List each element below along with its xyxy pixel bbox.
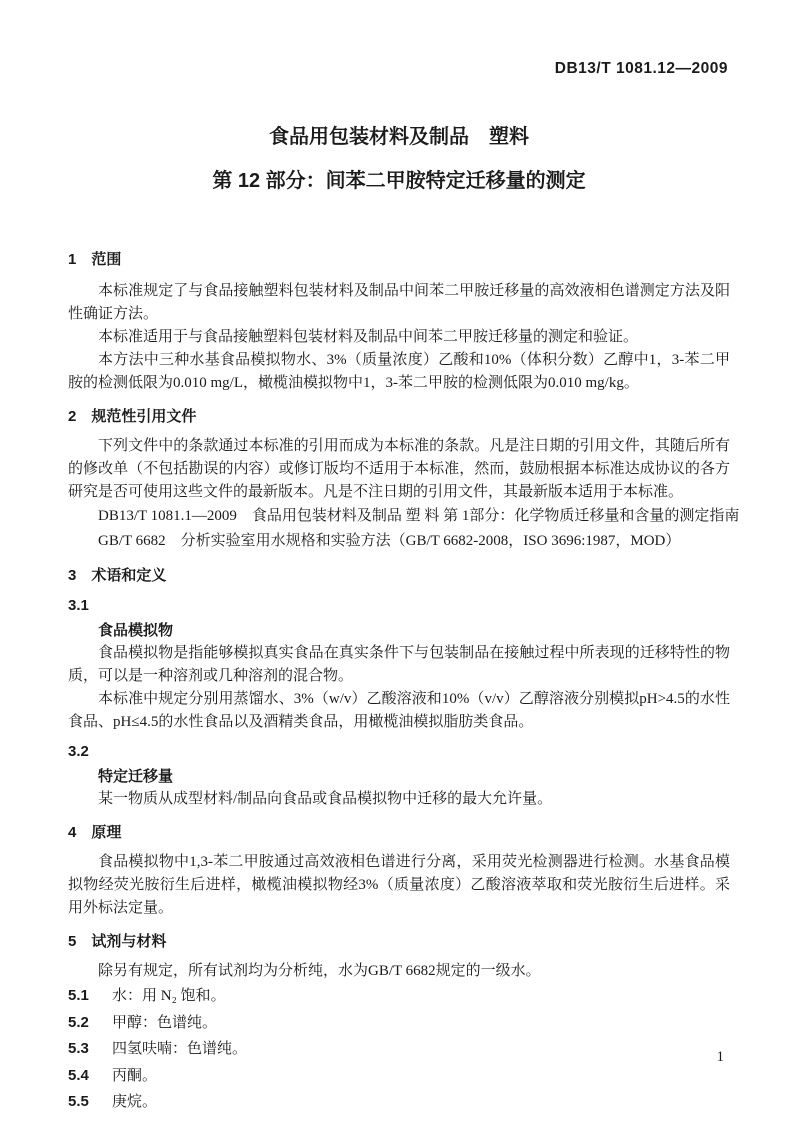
clause-item: 5.5庚烷。: [68, 1089, 730, 1116]
page-number: 1: [717, 1049, 725, 1066]
term-number: 3.1: [68, 594, 730, 617]
section-5-intro: 除另有规定，所有试剂均为分析纯，水为GB/T 6682规定的一级水。: [68, 960, 730, 983]
term-name: 特定迁移量: [68, 765, 730, 788]
term-definition: 某一物质从成型材料/制品向食品或食品模拟物中迁移的最大允许量。: [68, 788, 730, 811]
title-line-2: 第 12 部分：间苯二甲胺特定迁移量的测定: [0, 166, 798, 196]
section-2-heading: 2 规范性引用文件: [68, 405, 730, 429]
section-5-heading: 5 试剂与材料: [68, 930, 730, 954]
clause-item: 5.3四氢呋喃：色谱纯。: [68, 1036, 730, 1063]
section-1-paragraph: 本标准适用于与食品接触塑料包装材料及制品中间苯二甲胺迁移量的测定和验证。: [68, 326, 730, 349]
reference-item: GB/T 6682 分析实验室用水规格和实验方法（GB/T 6682-2008，…: [68, 529, 730, 554]
term-paragraph: 食品模拟物是指能够模拟真实食品在真实条件下与包装制品在接触过程中所表现的迁移特性…: [68, 642, 730, 688]
clause-number: 5.1: [68, 983, 112, 1009]
section-4-heading: 4 原理: [68, 821, 730, 845]
clause-number: 5.5: [68, 1089, 112, 1115]
section-1-heading: 1 范围: [68, 248, 730, 272]
clause-text: 四氢呋喃：色谱纯。: [112, 1041, 247, 1057]
clause-text: 庚烷。: [112, 1094, 157, 1110]
section-2-paragraph: 下列文件中的条款通过本标准的引用而成为本标准的条款。凡是注日期的引用文件，其随后…: [68, 435, 730, 504]
clause-text: 水：用 N₂ 饱和。: [112, 988, 226, 1004]
section-3-heading: 3 术语和定义: [68, 564, 730, 588]
clause-item: 5.1水：用 N₂ 饱和。: [68, 983, 730, 1010]
reference-item: DB13/T 1081.1—2009 食品用包装材料及制品 塑 料 第 1部分：…: [68, 504, 730, 529]
clause-item: 5.2甲醇：色谱纯。: [68, 1010, 730, 1037]
section-4-paragraph: 食品模拟物中1,3-苯二甲胺通过高效液相色谱进行分离，采用荧光检测器进行检测。水…: [68, 851, 730, 920]
standard-number: DB13/T 1081.12—2009: [555, 60, 728, 78]
section-1-paragraph: 本标准规定了与食品接触塑料包装材料及制品中间苯二甲胺迁移量的高效液相色谱测定方法…: [68, 280, 730, 326]
clause-text: 甲醇：色谱纯。: [112, 1015, 217, 1031]
section-1-paragraph: 本方法中三种水基食品模拟物水、3%（质量浓度）乙酸和10%（体积分数）乙醇中1，…: [68, 349, 730, 395]
clause-number: 5.3: [68, 1036, 112, 1062]
clause-number: 5.2: [68, 1010, 112, 1036]
term-paragraph: 本标准中规定分别用蒸馏水、3%（w/v）乙酸溶液和10%（v/v）乙醇溶液分别模…: [68, 688, 730, 734]
title-line-1: 食品用包装材料及制品 塑料: [0, 122, 798, 152]
clause-text: 丙酮。: [112, 1068, 157, 1084]
document-body: 1 范围 本标准规定了与食品接触塑料包装材料及制品中间苯二甲胺迁移量的高效液相色…: [68, 248, 730, 1116]
term-name: 食品模拟物: [68, 619, 730, 642]
term-number: 3.2: [68, 740, 730, 763]
clause-item: 5.4丙酮。: [68, 1063, 730, 1090]
clause-number: 5.4: [68, 1063, 112, 1089]
document-page: DB13/T 1081.12—2009 食品用包装材料及制品 塑料 第 12 部…: [0, 0, 798, 1122]
document-title: 食品用包装材料及制品 塑料 第 12 部分：间苯二甲胺特定迁移量的测定: [0, 0, 798, 196]
